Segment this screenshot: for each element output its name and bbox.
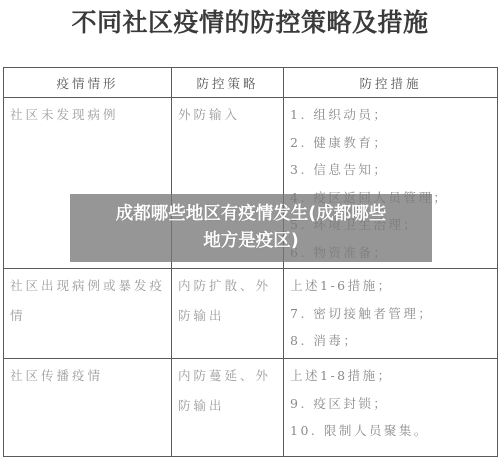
header-strategy: 防控策略 — [172, 68, 284, 98]
header-measures: 防控措施 — [284, 68, 498, 98]
measure-item: 8. 消毒； — [284, 327, 497, 355]
situation-text: 社区出现病例或暴发疫情 — [4, 269, 171, 331]
situation-cell: 社区传播疫情 — [4, 359, 172, 457]
situation-text: 社区未发现病例 — [4, 98, 171, 130]
measures-list: 上述1-6措施； 7. 密切接触者管理； 8. 消毒； — [284, 269, 497, 355]
header-situation: 疫情情形 — [4, 68, 172, 98]
strategy-text: 外防输入 — [172, 98, 283, 130]
measure-item: 10. 限制人员聚集。 — [284, 417, 497, 445]
measures-list: 上述1-8措施； 9. 疫区封锁； 10. 限制人员聚集。 — [284, 359, 497, 445]
situation-text: 社区传播疫情 — [4, 359, 171, 391]
situation-cell: 社区出现病例或暴发疫情 — [4, 269, 172, 359]
strategy-text: 内防扩散、外防输出 — [172, 269, 283, 331]
measure-item: 3. 信息告知； — [284, 156, 497, 184]
table-row: 社区出现病例或暴发疫情 内防扩散、外防输出 上述1-6措施； 7. 密切接触者管… — [4, 269, 498, 359]
strategy-table: 疫情情形 防控策略 防控措施 社区未发现病例 外防输入 1. 组织动员； 2. … — [3, 67, 498, 457]
measure-item: 上述1-6措施； — [284, 272, 497, 300]
headline-overlay: 成都哪些地区有疫情发生(成都哪些 地方是疫区) — [70, 194, 432, 262]
measure-item: 7. 密切接触者管理； — [284, 300, 497, 328]
strategy-cell: 内防蔓延、外防输出 — [172, 359, 284, 457]
table-row: 社区传播疫情 内防蔓延、外防输出 上述1-8措施； 9. 疫区封锁； 10. 限… — [4, 359, 498, 457]
measures-cell: 上述1-8措施； 9. 疫区封锁； 10. 限制人员聚集。 — [284, 359, 498, 457]
strategy-text: 内防蔓延、外防输出 — [172, 359, 283, 421]
document-title: 不同社区疫情的防控策略及措施 — [0, 6, 500, 40]
table-header-row: 疫情情形 防控策略 防控措施 — [4, 68, 498, 98]
measure-item: 9. 疫区封锁； — [284, 390, 497, 418]
strategy-cell: 内防扩散、外防输出 — [172, 269, 284, 359]
measure-item: 2. 健康教育； — [284, 129, 497, 157]
measure-item: 上述1-8措施； — [284, 362, 497, 390]
overlay-line-1: 成都哪些地区有疫情发生(成都哪些 — [70, 201, 432, 228]
measures-cell: 上述1-6措施； 7. 密切接触者管理； 8. 消毒； — [284, 269, 498, 359]
overlay-line-2: 地方是疫区) — [70, 228, 432, 255]
measure-item: 1. 组织动员； — [284, 101, 497, 129]
